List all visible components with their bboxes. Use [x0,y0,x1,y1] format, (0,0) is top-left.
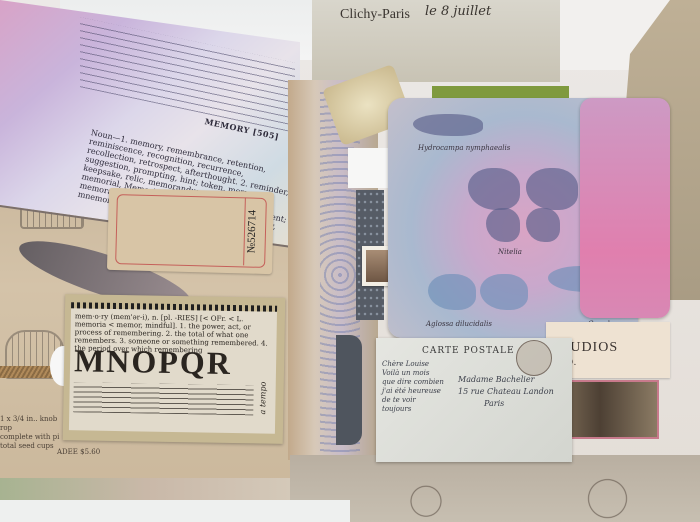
clichy-script-text: le 8 juillet [425,4,491,19]
table-surface [0,500,350,522]
butterfly-caption-2: Aglossa dilucidalis [426,320,492,328]
catalog-price: ADEE $5.60 [57,448,100,456]
carte-title: CARTE POSTALE [422,346,515,356]
floral-paper-edge [0,478,290,502]
white-square [348,148,388,188]
butterfly-lower-left [428,274,528,316]
nopq-card: mem·o·ry (mem'ər-i), n. [pl. -RIES] [< O… [63,294,286,444]
carte-address: Madame Bachelier 15 rue Chateau Landon P… [458,374,554,410]
catalog-text: 1 x 3/4 in.. knob rop complete with pi t… [0,415,70,451]
ticket-number: №526714 [245,210,258,254]
scalloped-border [336,335,362,445]
postmark [516,340,552,376]
journal-photo: Clichy-Paris le 8 juillet 1 x 3/4 in.. k… [0,0,700,522]
nopq-letters: MNOPQR [74,342,232,382]
butterfly-caption-1: Hydrocampa nymphaealis [418,144,510,152]
carte-postale: CARTE POSTALE Chère Louise Voilà un mois… [376,338,572,462]
ticket: №526714 [107,188,274,274]
a-tempo-marking: a tempo [258,382,268,415]
pink-tag [580,98,670,318]
music-strip [73,382,253,415]
butterfly-top [413,114,483,140]
vintage-photo [560,380,659,439]
clichy-place-text: Clichy-Paris [340,7,410,23]
butterfly-caption-4: Nitelia [498,248,522,256]
butterfly-large [468,168,578,248]
gears-print [360,470,690,522]
ticket-number-box: №526714 [243,197,260,265]
